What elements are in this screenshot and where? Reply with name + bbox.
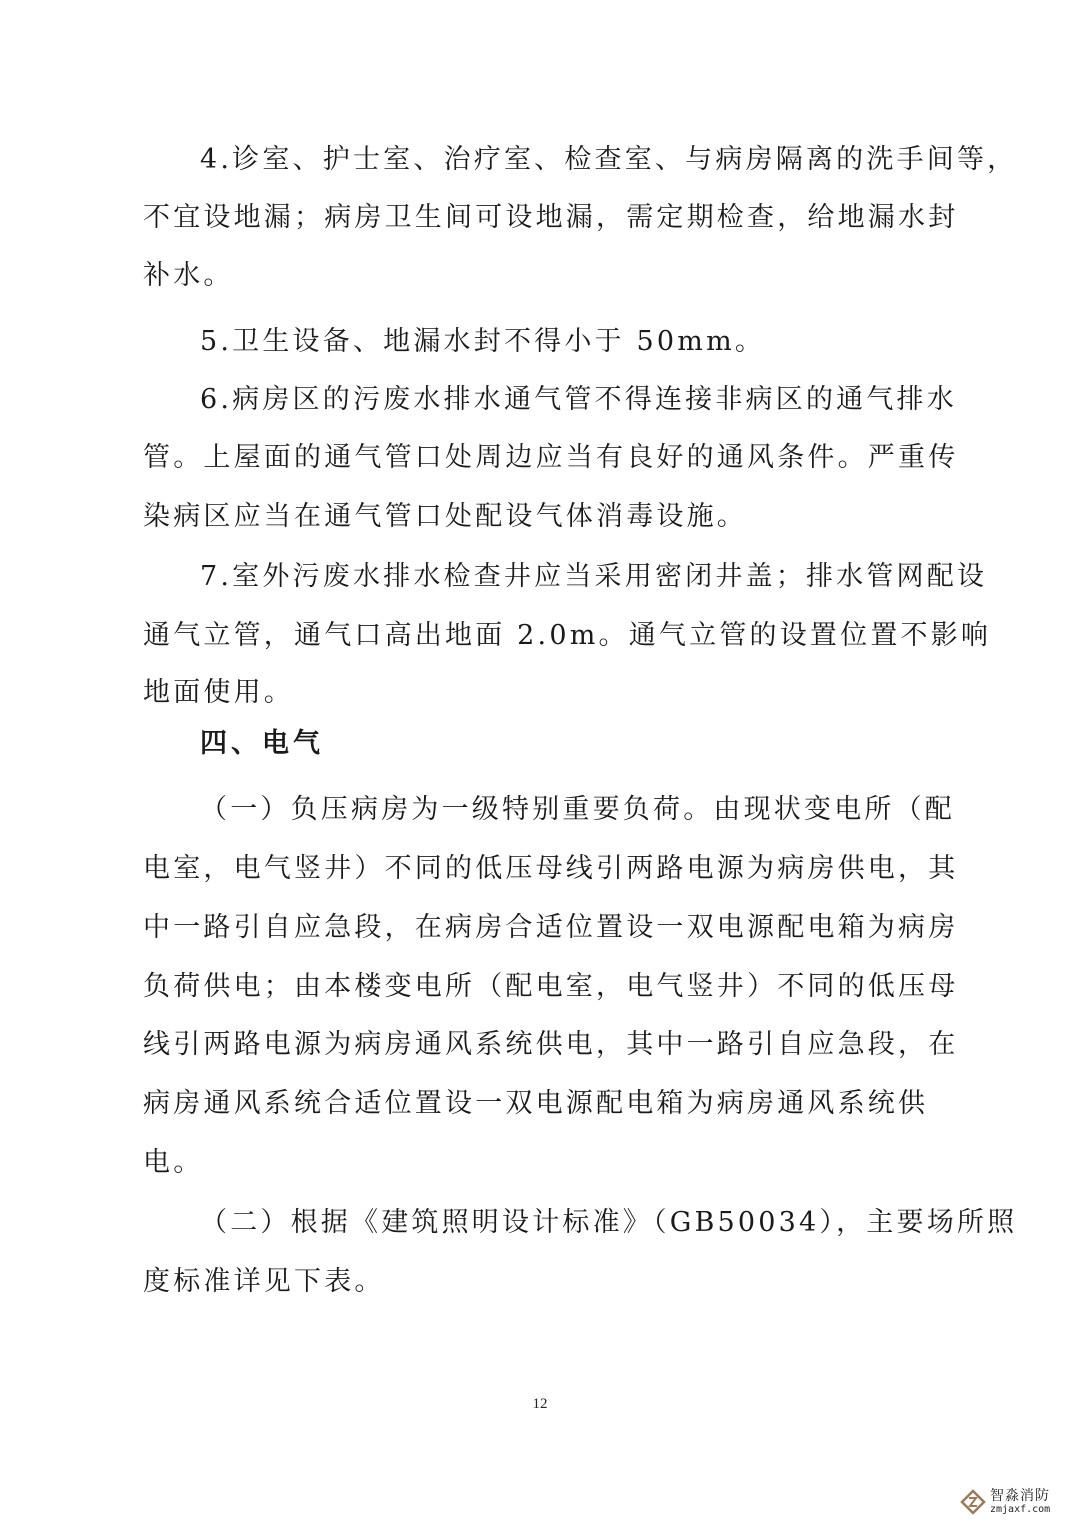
- item-5-line-1: 5.卫生设备、地漏水封不得小于 50mm。: [200, 322, 940, 362]
- para-1-line-6: 病房通风系统合适位置设一双电源配电箱为病房通风系统供: [143, 1084, 943, 1124]
- para-2-line-1: （二）根据《建筑照明设计标准》（GB50034），主要场所照: [200, 1203, 940, 1243]
- para-1-line-2: 电室，电气竖井）不同的低压母线引两路电源为病房供电，其: [143, 849, 943, 889]
- item-4-line-3: 补水。: [143, 256, 943, 296]
- item-6-line-1: 6.病房区的污废水排水通气管不得连接非病区的通气排水: [200, 380, 940, 420]
- item-6-line-3: 染病区应当在通气管口处配设气体消毒设施。: [143, 497, 943, 537]
- section-heading-electrical: 四、电气: [200, 724, 940, 764]
- item-4-line-2: 不宜设地漏；病房卫生间可设地漏，需定期检查，给地漏水封: [143, 198, 943, 238]
- para-2-line-2: 度标准详见下表。: [143, 1262, 943, 1302]
- para-1-line-5: 线引两路电源为病房通风系统供电，其中一路引自应急段，在: [143, 1025, 943, 1065]
- item-6-line-2: 管。上屋面的通气管口处周边应当有良好的通风条件。严重传: [143, 438, 943, 478]
- watermark-url: zmjaxf.com: [990, 1505, 1050, 1515]
- para-1-line-1: （一）负压病房为一级特别重要负荷。由现状变电所（配: [200, 790, 940, 830]
- item-7-line-3: 地面使用。: [143, 673, 943, 713]
- watermark-name: 智淼消防: [990, 1489, 1050, 1503]
- para-1-line-4: 负荷供电；由本楼变电所（配电室，电气竖井）不同的低压母: [143, 967, 943, 1007]
- diamond-z-logo-icon: [960, 1489, 986, 1515]
- para-1-line-3: 中一路引自应急段，在病房合适位置设一双电源配电箱为病房: [143, 908, 943, 948]
- item-7-line-1: 7.室外污废水排水检查井应当采用密闭井盖；排水管网配设: [200, 557, 940, 597]
- para-1-line-7: 电。: [143, 1143, 943, 1183]
- item-4-line-1: 4.诊室、护士室、治疗室、检查室、与病房隔离的洗手间等，: [200, 140, 940, 180]
- item-7-line-2: 通气立管，通气口高出地面 2.0m。通气立管的设置位置不影响: [143, 616, 943, 656]
- watermark: 智淼消防 zmjaxf.com: [960, 1485, 1050, 1519]
- document-page: 4.诊室、护士室、治疗室、检查室、与病房隔离的洗手间等， 不宜设地漏；病房卫生间…: [0, 0, 1080, 1526]
- page-number: 12: [0, 1396, 1080, 1413]
